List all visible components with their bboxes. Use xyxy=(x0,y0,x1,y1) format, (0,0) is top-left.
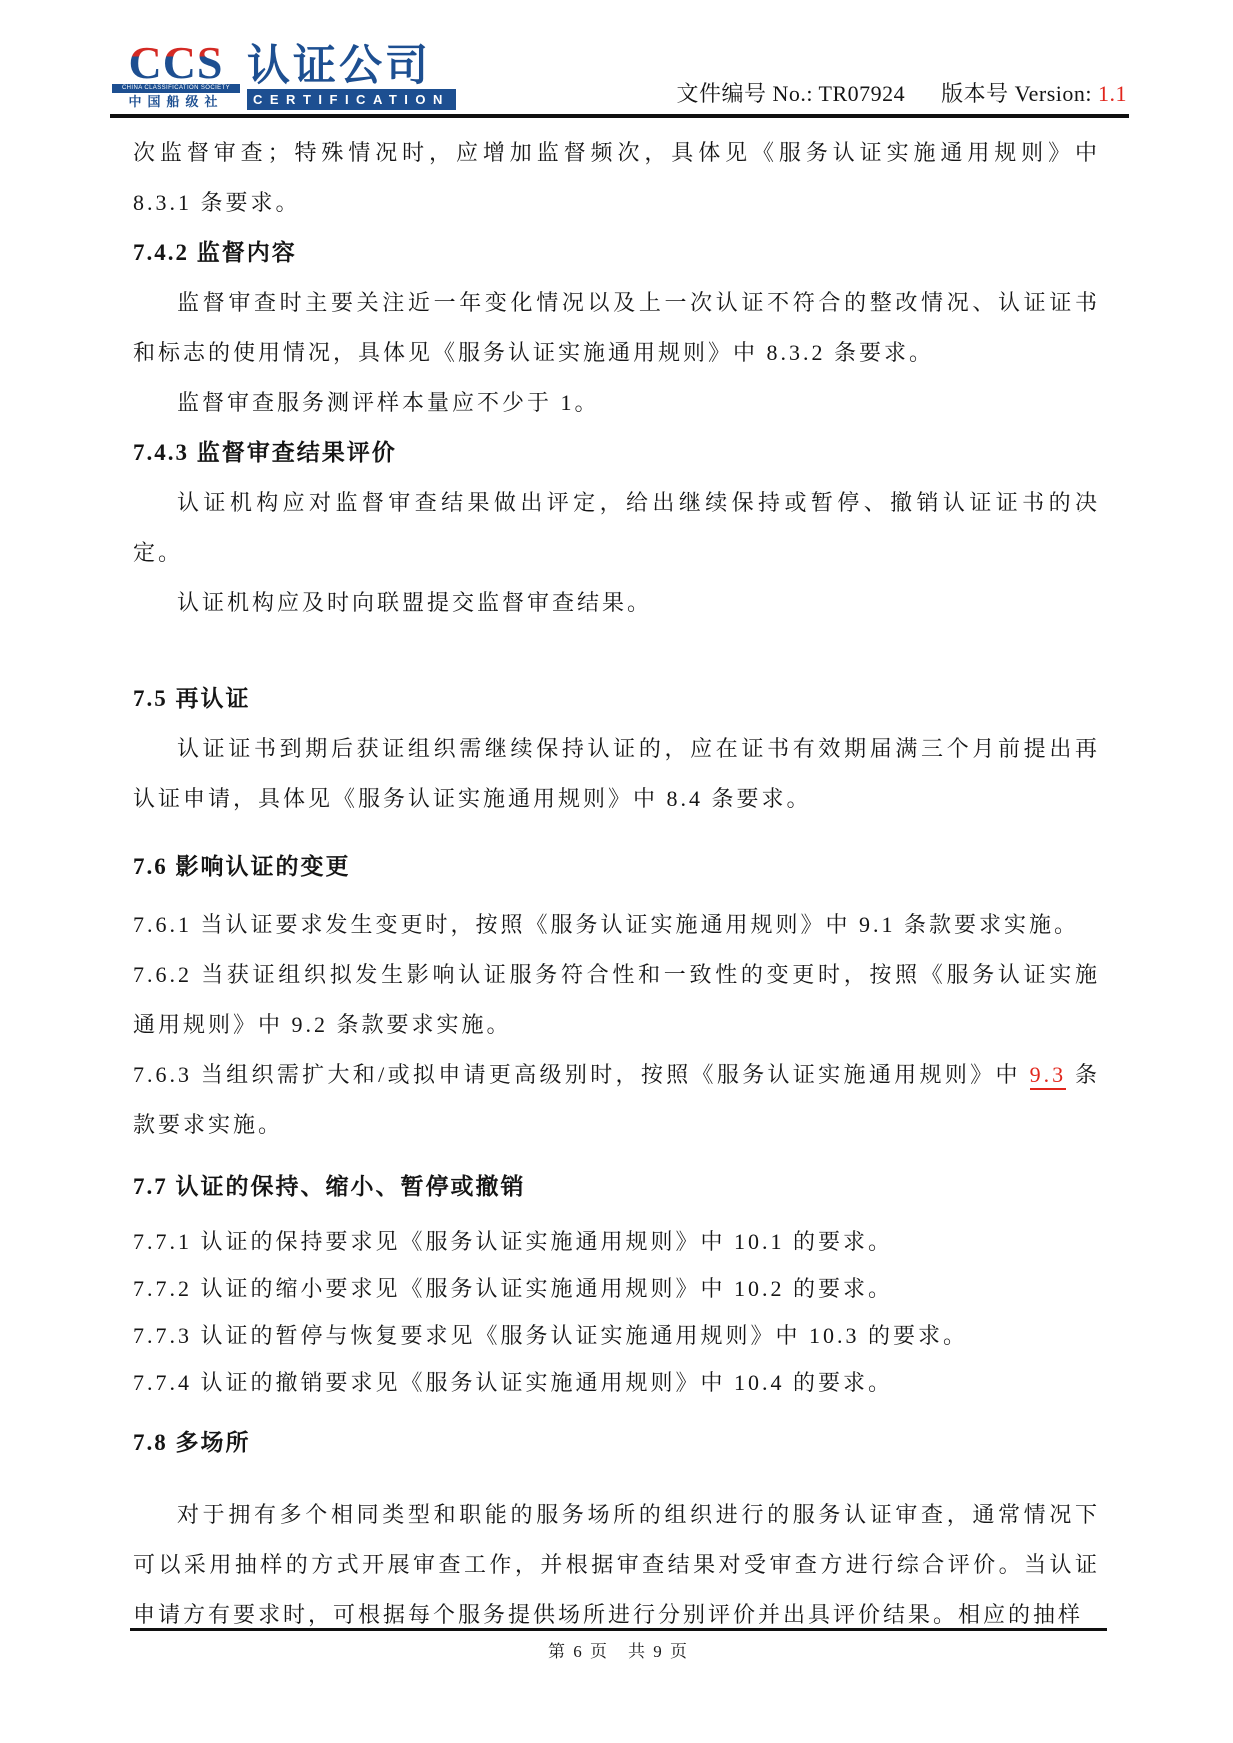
paragraph-7-7-2: 7.7.2 认证的缩小要求见《服务认证实施通用规则》中 10.2 的要求。 xyxy=(133,1265,1100,1312)
paragraph-7-6-2: 7.6.2 当获证组织拟发生影响认证服务符合性和一致性的变更时，按照《服务认证实… xyxy=(133,950,1100,1050)
doc-number-value: TR07924 xyxy=(819,81,906,106)
document-footer: 第 6 页 共 9 页 xyxy=(130,1628,1107,1662)
logo-company-name: 认证公司 xyxy=(247,44,456,89)
document-body: 次监督审查；特殊情况时，应增加监督频次，具体见《服务认证实施通用规则》中 8.3… xyxy=(133,128,1100,1640)
logo-certification-bar: CERTIFICATION xyxy=(247,89,456,110)
paragraph-7-5: 认证证书到期后获证组织需继续保持认证的，应在证书有效期届满三个月前提出再认证申请… xyxy=(133,724,1100,824)
paragraph-7-4-2-sample: 监督审查服务测评样本量应不少于 1。 xyxy=(133,378,1100,428)
heading-7-8: 7.8 多场所 xyxy=(133,1418,1100,1468)
version-label: 版本号 Version: xyxy=(941,81,1098,106)
version-value: 1.1 xyxy=(1098,81,1127,106)
paragraph-7-8: 对于拥有多个相同类型和职能的服务场所的组织进行的服务认证审查，通常情况下可以采用… xyxy=(133,1490,1100,1640)
paragraph-7-7-3: 7.7.3 认证的暂停与恢复要求见《服务认证实施通用规则》中 10.3 的要求。 xyxy=(133,1312,1100,1359)
ccs-logo-text: CCS xyxy=(112,42,240,84)
logo-society-name-en: CHINA CLASSIFICATION SOCIETY xyxy=(112,84,240,93)
paragraph-7-6-3: 7.6.3 当组织需扩大和/或拟申请更高级别时，按照《服务认证实施通用规则》中 … xyxy=(133,1050,1100,1150)
doc-number-label: 文件编号 No.: xyxy=(676,81,818,106)
header-divider xyxy=(110,114,1129,118)
paragraph-7-7-1: 7.7.1 认证的保持要求见《服务认证实施通用规则》中 10.1 的要求。 xyxy=(133,1218,1100,1265)
ccs-logo: CCS CHINA CLASSIFICATION SOCIETY 中国船级社 认… xyxy=(112,42,456,110)
document-header: CCS CHINA CLASSIFICATION SOCIETY 中国船级社 认… xyxy=(112,42,1127,110)
ccs-logo-left-block: CCS CHINA CLASSIFICATION SOCIETY 中国船级社 xyxy=(112,42,240,110)
paragraph-supervision-continuation: 次监督审查；特殊情况时，应增加监督频次，具体见《服务认证实施通用规则》中 8.3… xyxy=(133,128,1100,228)
heading-7-4-3: 7.4.3 监督审查结果评价 xyxy=(133,428,1100,478)
ref-9-3-link[interactable]: 9.3 xyxy=(1030,1062,1067,1090)
footer-divider xyxy=(130,1628,1107,1631)
document-page: CCS CHINA CLASSIFICATION SOCIETY 中国船级社 认… xyxy=(0,0,1233,1743)
ccs-logo-right-block: 认证公司 CERTIFICATION xyxy=(247,44,456,110)
paragraph-7-4-3-submit: 认证机构应及时向联盟提交监督审查结果。 xyxy=(133,578,1100,628)
paragraph-7-4-3-decision: 认证机构应对监督审查结果做出评定，给出继续保持或暂停、撤销认证证书的决定。 xyxy=(133,478,1100,578)
paragraph-7-4-2-content: 监督审查时主要关注近一年变化情况以及上一次认证不符合的整改情况、认证证书和标志的… xyxy=(133,278,1100,378)
heading-7-7: 7.7 认证的保持、缩小、暂停或撤销 xyxy=(133,1162,1100,1212)
page-number: 第 6 页 共 9 页 xyxy=(130,1637,1107,1662)
logo-society-name-cn: 中国船级社 xyxy=(112,93,240,110)
paragraph-7-6-1: 7.6.1 当认证要求发生变更时，按照《服务认证实施通用规则》中 9.1 条款要… xyxy=(133,900,1100,950)
heading-7-6: 7.6 影响认证的变更 xyxy=(133,842,1100,892)
heading-7-4-2: 7.4.2 监督内容 xyxy=(133,228,1100,278)
paragraph-7-6-3-lead: 7.6.3 当组织需扩大和/或拟申请更高级别时，按照《服务认证实施通用规则》中 xyxy=(133,1062,1030,1087)
heading-7-5: 7.5 再认证 xyxy=(133,674,1100,724)
document-meta: 文件编号 No.: TR07924版本号 Version: 1.1 xyxy=(676,77,1127,110)
paragraph-7-7-4: 7.7.4 认证的撤销要求见《服务认证实施通用规则》中 10.4 的要求。 xyxy=(133,1359,1100,1406)
